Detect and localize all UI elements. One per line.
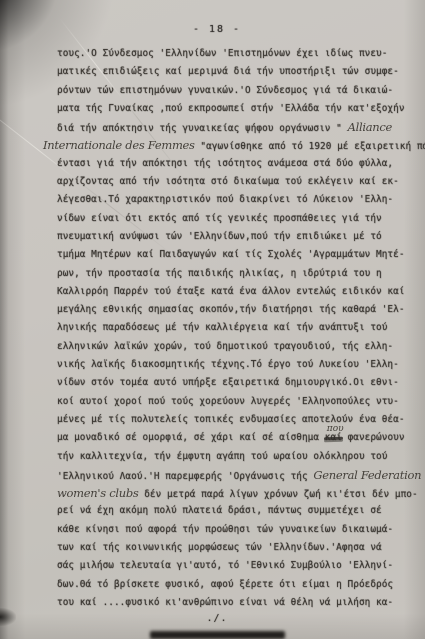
typed-text: φανερώνουν bbox=[342, 432, 405, 443]
text-line: νικής λαϊκής διακοσμητικής τέχνης.Τό έργ… bbox=[57, 356, 407, 374]
typed-text: διά τήν απόκτησιν τής γυναικείας ψήφου ο… bbox=[57, 123, 348, 134]
handwritten-text: women's clubs bbox=[57, 486, 139, 500]
text-line: μένες μέ τίς πολυτελείς τοπικές ενδυμασί… bbox=[57, 411, 407, 429]
typed-text: ματα τής Γυναίκας ,πού εκπροσωπεί στήν '… bbox=[57, 103, 405, 114]
handwritten-correction: καίπου bbox=[325, 429, 342, 447]
text-line: δων.Θά τό βρίσκετε φυσικό, αφού ξέρετε ό… bbox=[57, 576, 407, 594]
handwritten-text: General Federation of bbox=[313, 468, 425, 482]
text-line: μα μοναδικό σέ ομορφιά, σέ χάρι καί σέ α… bbox=[57, 429, 407, 447]
typed-text: μα μοναδικό σέ ομορφιά, σέ χάρι καί σέ α… bbox=[57, 432, 325, 443]
typed-text: νίδων στόν τομέα αυτό υπήρξε εξαιρετικά … bbox=[57, 377, 399, 388]
typed-text: Καλλιρρόη Παρρέν τού έταξε κατά ένα άλλο… bbox=[57, 286, 405, 297]
typed-text: έντασι γιά τήν απόκτησι τής ισότητος ανά… bbox=[57, 158, 393, 169]
superscript-correction-word: που bbox=[327, 420, 344, 438]
typed-text: μεγάλης εθνικής σημασίας σκοπόν,τήν διατ… bbox=[57, 304, 405, 315]
page-number: - 18 - bbox=[67, 24, 367, 35]
typed-text: δων.Θά τό βρίσκετε φυσικό, αφού ξέρετε ό… bbox=[57, 579, 393, 590]
typewritten-text-body: τους.'Ο Σύνδεσμος 'Ελληνίδων 'Επιστημόνω… bbox=[57, 45, 407, 612]
text-line: ρόντων τών επιστημόνων γυναικών.'Ο Σύνδε… bbox=[57, 82, 407, 100]
end-of-page-mark: ./. bbox=[67, 613, 367, 624]
text-line: μεγάλης εθνικής σημασίας σκοπόν,τήν διατ… bbox=[57, 301, 407, 319]
typed-text: "αγωνίσθηκε από τό 1920 μέ εξαιρετική πά… bbox=[195, 141, 425, 152]
scanned-document-page: - 18 - τους.'Ο Σύνδεσμος 'Ελληνίδων 'Επι… bbox=[0, 0, 425, 639]
text-line: αρχίζοντας από τήν ισότητα στό δικαίωμα … bbox=[57, 173, 407, 191]
typed-text: ματικές επιδιώξεις καί μεριμνά διά τήν υ… bbox=[57, 66, 399, 77]
text-line: των καί τής κοινωνικής μορφώσεως τών 'Ελ… bbox=[57, 539, 407, 557]
text-line: τμήμα Μητέρων καί Παιδαγωγών καί τίς Σχο… bbox=[57, 246, 407, 264]
text-line: νίδων είναι ότι εκτός από τίς γενικές πρ… bbox=[57, 210, 407, 228]
text-line: σάς μιλήσω τελευταία γι'αυτό, τό 'Εθνικό… bbox=[57, 557, 407, 575]
typed-text: των καί τής κοινωνικής μορφώσεως τών 'Ελ… bbox=[57, 542, 382, 553]
text-line: κάθε κίνησι πού αφορά τήν προώθησι τών γ… bbox=[57, 521, 407, 539]
text-line: 'Ελληνικού Λαού.'Η παρεμφερής 'Οργάνωσις… bbox=[57, 466, 407, 484]
text-line: διά τήν απόκτησιν τής γυναικείας ψήφου ο… bbox=[57, 118, 407, 136]
typed-text: ρεί νά έχη ακόμη πολύ πλατειά δράσι, πάν… bbox=[57, 505, 382, 516]
text-line: Καλλιρρόη Παρρέν τού έταξε κατά ένα άλλο… bbox=[57, 283, 407, 301]
text-line: ληνικής παραδόσεως μέ τήν καλλιέργεια κα… bbox=[57, 319, 407, 337]
text-line: του καί ....φυσικό κι'ανθρώπινο είναι νά… bbox=[57, 594, 407, 612]
text-line: ματα τής Γυναίκας ,πού εκπροσωπεί στήν '… bbox=[57, 100, 407, 118]
typed-text: ληνικής παραδόσεως μέ τήν καλλιέργεια κα… bbox=[57, 322, 387, 333]
text-block: - 18 - τους.'Ο Σύνδεσμος 'Ελληνίδων 'Επι… bbox=[57, 24, 407, 624]
typed-text: μένες μέ τίς πολυτελείς τοπικές ενδυμασί… bbox=[57, 414, 405, 425]
typed-text: 'Ελληνικού Λαού.'Η παρεμφερής 'Οργάνωσις… bbox=[57, 471, 313, 482]
typed-text: λέγεσθαι.Τό χαρακτηριστικόν πού διακρίνε… bbox=[57, 194, 393, 205]
text-line: τήν καλλιτεχνία, τήν έμφυτη αγάπη τού ωρ… bbox=[57, 448, 407, 466]
typed-text: πνευματική ανύψωσι τών 'Ελληνίδων,πού τή… bbox=[57, 231, 382, 242]
text-line: έντασι γιά τήν απόκτησι τής ισότητος ανά… bbox=[57, 155, 407, 173]
typed-text: αρχίζοντας από τήν ισότητα στό δικαίωμα … bbox=[57, 176, 399, 187]
scan-mark-bottom-left bbox=[0, 608, 16, 626]
typed-text: του καί ....φυσικό κι'ανθρώπινο είναι νά… bbox=[57, 597, 393, 608]
typed-text: σάς μιλήσω τελευταία γι'αυτό, τό 'Εθνικό… bbox=[57, 560, 393, 571]
text-line: women's clubs δέν μετρά παρά λίγων χρόνω… bbox=[57, 484, 407, 502]
typed-text: κοί αυτοί χοροί πού τούς χορεύουν λυγερέ… bbox=[57, 396, 399, 407]
typed-text: τμήμα Μητέρων καί Παιδαγωγών καί τίς Σχο… bbox=[57, 249, 405, 260]
text-line: τους.'Ο Σύνδεσμος 'Ελληνίδων 'Επιστημόνω… bbox=[57, 45, 407, 63]
typed-text: ελληνικών λαϊκών χορών, τού δημοτικού τρ… bbox=[57, 341, 393, 352]
text-line: Internationale des Femmes "αγωνίσθηκε απ… bbox=[43, 136, 407, 154]
typed-text: κάθε κίνησι πού αφορά τήν προώθησι τών γ… bbox=[57, 524, 393, 535]
scan-shadow-bottom-band bbox=[150, 631, 285, 639]
typed-text: δέν μετρά παρά λίγων χρόνων ζωή κι'έτσι … bbox=[139, 489, 418, 500]
text-line: νίδων στόν τομέα αυτό υπήρξε εξαιρετικά … bbox=[57, 374, 407, 392]
text-line: λέγεσθαι.Τό χαρακτηριστικόν πού διακρίνε… bbox=[57, 191, 407, 209]
typed-text: νίδων είναι ότι εκτός από τίς γενικές πρ… bbox=[57, 213, 382, 224]
typed-text: νικής λαϊκής διακοσμητικής τέχνης.Τό έργ… bbox=[57, 359, 399, 370]
text-line: ματικές επιδιώξεις καί μεριμνά διά τήν υ… bbox=[57, 63, 407, 81]
text-line: ρεί νά έχη ακόμη πολύ πλατειά δράσι, πάν… bbox=[57, 502, 407, 520]
text-line: πνευματική ανύψωσι τών 'Ελληνίδων,πού τή… bbox=[57, 228, 407, 246]
typed-text: ρων, τήν προστασία τής παιδικής ηλικίας,… bbox=[57, 268, 382, 279]
typed-text: τήν καλλιτεχνία, τήν έμφυτη αγάπη τού ωρ… bbox=[57, 451, 387, 462]
text-line: ρων, τήν προστασία τής παιδικής ηλικίας,… bbox=[57, 265, 407, 283]
typed-text: τους.'Ο Σύνδεσμος 'Ελληνίδων 'Επιστημόνω… bbox=[57, 48, 387, 59]
typed-text: ρόντων τών επιστημόνων γυναικών.'Ο Σύνδε… bbox=[57, 85, 393, 96]
handwritten-text: Internationale des Femmes bbox=[43, 138, 195, 152]
handwritten-text: Alliance bbox=[348, 120, 392, 134]
text-line: κοί αυτοί χοροί πού τούς χορεύουν λυγερέ… bbox=[57, 393, 407, 411]
text-line: ελληνικών λαϊκών χορών, τού δημοτικού τρ… bbox=[57, 338, 407, 356]
